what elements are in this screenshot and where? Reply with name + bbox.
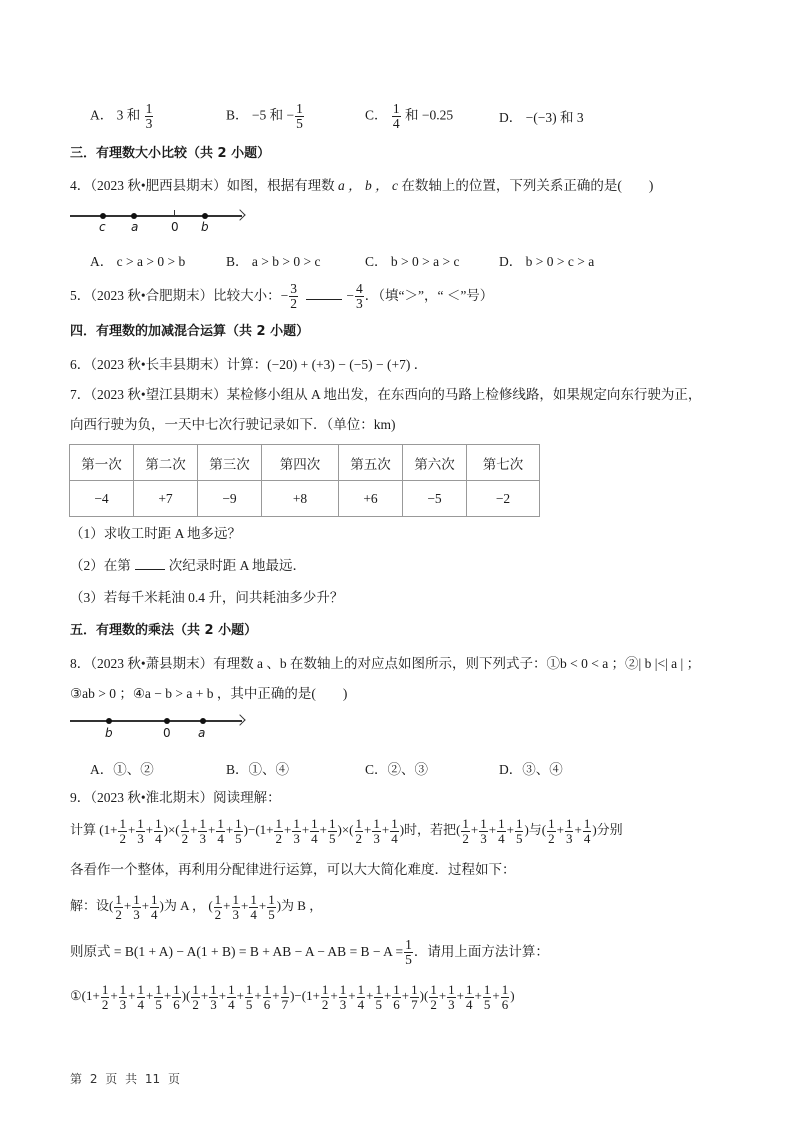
- tick-zero: [174, 210, 175, 215]
- point-b: [106, 718, 112, 724]
- table-cell: −5: [403, 481, 467, 517]
- table-cell: 第四次: [262, 445, 339, 481]
- table-row: −4 +7 −9 +8 +6 −5 −2: [70, 481, 540, 517]
- arrow-icon: [234, 209, 245, 220]
- q4-stem-suffix: 在数轴上的位置，下列关系正确的是( ): [401, 178, 653, 193]
- calc-mid1: 时，若把: [404, 822, 456, 837]
- q9-calc-line: 计算 (1+12+13+14)×(12+13+14+15)−(1+12+13+1…: [70, 814, 623, 846]
- option-text: −(−3) 和 3: [526, 110, 584, 125]
- label-a: a: [198, 726, 205, 740]
- q8-stem-line2: ③ab > 0 ；④a − b > a + b ，其中正确的是( ): [70, 684, 347, 704]
- q7-sub2-suffix: 次纪录时距 A 地最远．: [169, 558, 306, 573]
- table-cell: 第七次: [467, 445, 540, 481]
- q5-suffix: ．（填“＞”，“ ＜”号）: [365, 288, 494, 303]
- fraction: 15: [404, 938, 413, 967]
- q4-stem: 4．（2023 秋•肥西县期末）如图，根据有理数 a ， b ， c 在数轴上的…: [70, 176, 653, 196]
- item-marker: ①: [70, 988, 82, 1003]
- label-c: c: [99, 220, 106, 234]
- label-zero: 0: [163, 726, 171, 740]
- q6-stem: 6．（2023 秋•长丰县期末）计算：(−20) + (+3) − (−5) −…: [70, 355, 427, 375]
- fraction: 13: [145, 102, 154, 131]
- q7-sub3: （3）若每千米耗油 0.4 升，问共耗油多少升？: [70, 588, 343, 608]
- calc-suffix: 分别: [597, 822, 623, 837]
- q8-option-d: D．③、④: [499, 758, 563, 778]
- answer-blank[interactable]: [135, 557, 165, 570]
- point-b: [202, 213, 208, 219]
- q4-option-d: D． b > 0 > c > a: [499, 250, 594, 270]
- q7-sub2: （2）在第次纪录时距 A 地最远．: [70, 556, 306, 576]
- fraction: 14: [392, 102, 401, 131]
- q8-option-a: A．①、②: [90, 758, 154, 778]
- calc-prefix: 计算: [70, 822, 96, 837]
- q4-option-c: C． b > 0 > a > c: [365, 250, 459, 270]
- q9-equation-line: 则原式 = B(1 + A) − A(1 + B) = B + AB − A −…: [70, 936, 549, 968]
- option-text: −5 和 −: [252, 108, 294, 123]
- q8-number-line: b 0 a: [70, 710, 250, 740]
- q3-option-d: D． −(−3) 和 3: [499, 106, 584, 126]
- table-cell: 第三次: [198, 445, 262, 481]
- sol-b: 为 B ，: [281, 898, 322, 913]
- q4-option-b: B． a > b > 0 > c: [226, 250, 320, 270]
- table-cell: −9: [198, 481, 262, 517]
- q4-stem-prefix: 4．（2023 秋•肥西县期末）如图，根据有理数: [70, 178, 335, 193]
- arrow-icon: [234, 714, 245, 725]
- axis-line: [70, 215, 242, 217]
- q8-option-c: C．②、③: [365, 758, 428, 778]
- q4-number-line: c a 0 b: [70, 205, 250, 235]
- q3-option-a: A． 3 和 13: [90, 102, 154, 131]
- table-cell: 第二次: [134, 445, 198, 481]
- q5-prefix: 5．（2023 秋•合肥期末）比较大小：−: [70, 288, 288, 303]
- option-label: A．: [90, 108, 113, 123]
- table-cell: 第一次: [70, 445, 134, 481]
- option-text: 3 和: [117, 108, 141, 123]
- table-cell: 第五次: [339, 445, 403, 481]
- q5-stem: 5．（2023 秋•合肥期末）比较大小：−32 −43．（填“＞”，“ ＜”号）: [70, 281, 493, 311]
- q9-line2: 各看作一个整体，再利用分配律进行运算，可以大大简化难度．过程如下：: [70, 860, 516, 880]
- sol-a: 为 A ，: [164, 898, 205, 913]
- point-a: [200, 718, 206, 724]
- q8-stem-line1: 8．（2023 秋•萧县期末）有理数 a 、b 在数轴上的对应点如图所示，则下列…: [70, 654, 700, 674]
- table-cell: +8: [262, 481, 339, 517]
- label-zero: 0: [171, 220, 179, 234]
- table-header-row: 第一次 第二次 第三次 第四次 第五次 第六次 第七次: [70, 445, 540, 481]
- table-cell: 第六次: [403, 445, 467, 481]
- option-label: D．: [499, 110, 522, 125]
- table-cell: −2: [467, 481, 540, 517]
- q7-sub2-prefix: （2）在第: [70, 558, 131, 573]
- calc-mid2: 与: [529, 822, 542, 837]
- section-heading-5: 五．有理数的乘法（共 2 小题）: [70, 621, 257, 641]
- q7-stem-line2: 向西行驶为负，一天中七次行驶记录如下．（单位：km): [70, 415, 396, 435]
- point-a: [131, 213, 137, 219]
- q5-mid: −: [346, 288, 354, 303]
- table-cell: −4: [70, 481, 134, 517]
- point-c: [100, 213, 106, 219]
- option-label: C．: [365, 108, 388, 123]
- q3-option-b: B． −5 和 −15: [226, 102, 305, 131]
- q4-option-a: A． c > a > 0 > b: [90, 250, 185, 270]
- fraction: 15: [295, 102, 304, 131]
- page-footer: 第 2 页 共 11 页: [70, 1070, 180, 1087]
- table-cell: +7: [134, 481, 198, 517]
- option-text: 和 −0.25: [405, 108, 453, 123]
- q7-stem-line1: 7．（2023 秋•望江县期末）某检修小组从 A 地出发，在东西向的马路上检修线…: [70, 385, 701, 405]
- eq-prefix: 则原式 = B(1 + A) − A(1 + B) = B + AB − A −…: [70, 944, 403, 959]
- q9-item1: ①(1+12+13+14+15+16)(12+13+14+15+16+17)−(…: [70, 980, 515, 1012]
- label-a: a: [131, 220, 138, 234]
- section-heading-3: 三．有理数大小比较（共 2 小题）: [70, 144, 270, 164]
- point-zero: [164, 718, 170, 724]
- section-heading-4: 四．有理数的加减混合运算（共 2 小题）: [70, 322, 309, 342]
- eq-suffix: ．请用上面方法计算：: [414, 944, 549, 959]
- q9-solution-line: 解：设(12+13+14)为 A ， (12+13+14+15)为 B ，: [70, 890, 322, 922]
- axis-line: [70, 720, 242, 722]
- table-cell: +6: [339, 481, 403, 517]
- q3-option-c: C． 14 和 −0.25: [365, 102, 453, 131]
- label-b: b: [201, 220, 209, 234]
- option-label: B．: [226, 108, 249, 123]
- q7-sub1: （1）求收工时距 A 地多远？: [70, 524, 241, 544]
- q9-title: 9．（2023 秋•淮北期末）阅读理解：: [70, 788, 281, 808]
- q8-option-b: B．①、④: [226, 758, 289, 778]
- fraction: 32: [289, 282, 298, 311]
- sol-prefix: 解：设: [70, 898, 109, 913]
- answer-blank[interactable]: [306, 287, 342, 300]
- label-b: b: [105, 726, 113, 740]
- q4-stem-vars: a ， b ， c: [338, 178, 398, 193]
- fraction: 43: [355, 282, 364, 311]
- q7-record-table: 第一次 第二次 第三次 第四次 第五次 第六次 第七次 −4 +7 −9 +8 …: [69, 444, 540, 517]
